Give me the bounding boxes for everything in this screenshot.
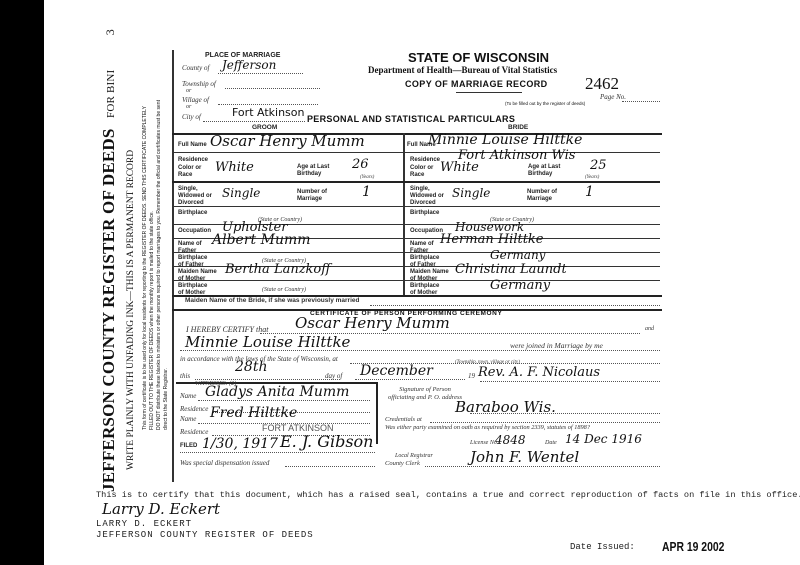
bride-mother: Christina Laundt	[455, 262, 567, 277]
deeds-signature: Larry D. Eckert	[102, 500, 220, 518]
bride-status: Single	[452, 186, 490, 200]
county-label: County of	[182, 64, 209, 72]
state-title: STATE OF WISCONSIN	[408, 50, 549, 65]
date-issued-value: APR 19 2002	[662, 539, 724, 554]
section-title: PERSONAL AND STATISTICAL PARTICULARS	[307, 114, 515, 124]
side-title: JEFFERSON COUNTY REGISTER OF DEEDS FOR B…	[99, 52, 119, 492]
bride-mother-birthplace: Germany	[490, 278, 550, 293]
bride-father-birthplace: Germany	[490, 248, 545, 262]
record-title: COPY OF MARRIAGE RECORD	[405, 79, 548, 89]
groom-mother: Bertha Lanzkoff	[225, 262, 330, 277]
groom-heading: GROOM	[252, 124, 277, 131]
city-value: Fort Atkinson	[232, 106, 304, 119]
bride-color: White	[440, 160, 479, 175]
village-label: Village of	[182, 96, 209, 104]
register-office: JEFFERSON COUNTY REGISTER OF DEEDS	[96, 530, 314, 540]
cert-month: December	[360, 363, 433, 379]
bride-father: Herman Hilttke	[440, 232, 544, 247]
bride-full-name: Minnie Louise Hilttke	[428, 132, 582, 148]
groom-color: White	[215, 160, 254, 175]
register-name: LARRY D. ECKERT	[96, 519, 192, 529]
county-value: Jefferson	[222, 58, 276, 72]
groom-age: 26	[352, 157, 369, 172]
certification-text: This is to certify that this document, w…	[96, 490, 800, 500]
witness-1-name: Gladys Anita Mumm	[205, 384, 349, 400]
county-clerk-signature: John F. Wentel	[470, 448, 579, 466]
side-instruction: WRITE PLAINLY WITH UNFADING INK—THIS IS …	[126, 50, 136, 470]
township-label: Township of	[182, 80, 216, 88]
maiden-name-label: Maiden Name of the Bride, if she was pre…	[185, 297, 359, 304]
groom-status: Single	[222, 186, 260, 200]
witness-2-name: Fred Hilttke	[210, 405, 297, 421]
bride-age: 25	[590, 158, 607, 173]
record-number: 2462	[585, 74, 619, 94]
scan-border	[0, 0, 44, 565]
page-note: (To be filled out by the register of dee…	[505, 101, 585, 106]
license-date: 14 Dec 1916	[565, 432, 642, 446]
city-label: City of	[182, 113, 201, 121]
cert-bride-name: Minnie Louise Hilttke	[185, 333, 350, 351]
groom-marriages: 1	[362, 184, 371, 200]
groom-full-name: Oscar Henry Mumm	[210, 132, 365, 150]
cert-groom-name: Oscar Henry Mumm	[295, 314, 450, 332]
groom-father: Albert Mumm	[212, 232, 311, 248]
cert-day: 28th	[235, 359, 267, 375]
side-note: This form of certificate is to be used o…	[142, 100, 170, 430]
filed-date: 1/30, 1917	[202, 436, 278, 452]
date-issued-label: Date Issued:	[570, 542, 635, 552]
bride-marriages: 1	[585, 184, 594, 200]
license-number: 4848	[495, 433, 526, 447]
page-label: Page No.	[600, 93, 626, 101]
registrar-signature: E. J. Gibson	[280, 432, 373, 451]
department-title: Department of Health—Bureau of Vital Sta…	[368, 65, 557, 75]
officiant-signature: Rev. A. F. Nicolaus	[478, 365, 600, 380]
bride-heading: BRIDE	[508, 124, 528, 131]
